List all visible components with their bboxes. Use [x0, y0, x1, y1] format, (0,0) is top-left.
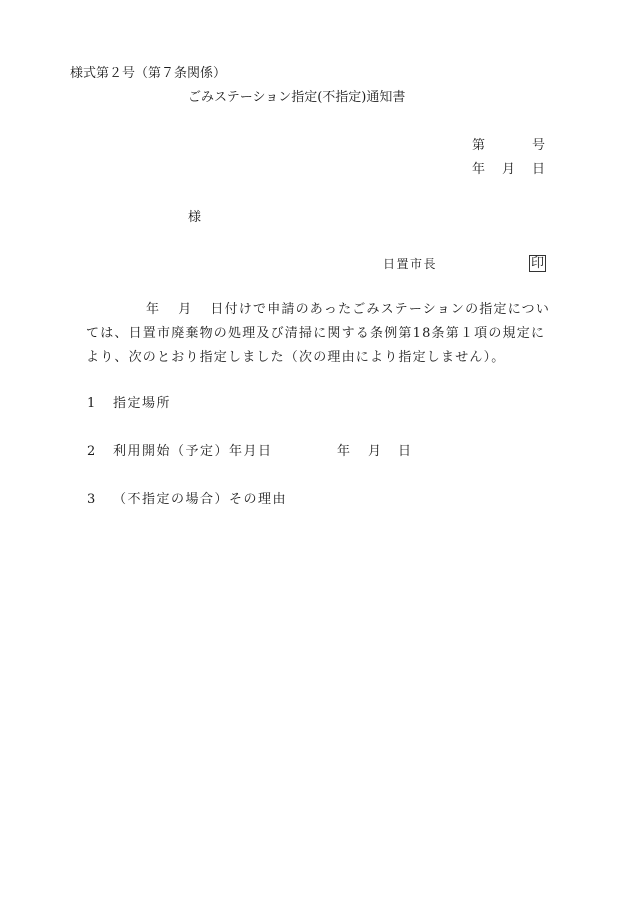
item-3-number: 3 [87, 493, 95, 506]
item-1-number: 1 [87, 397, 95, 410]
addressee-suffix: 様 [188, 211, 201, 224]
body-paragraph: 年月日付けで申請のあったごみステーションの指定につい ては、日置市廃棄物の処理及… [88, 298, 558, 370]
issuer-name: 日置市長 [383, 258, 437, 270]
paragraph-year: 年 [146, 302, 160, 317]
paragraph-line-3: より、次のとおり指定しました（次の理由により指定しません）。 [86, 346, 558, 370]
item-2-label: 利用開始（予定）年月日 [113, 445, 273, 458]
item-2-day: 日 [398, 445, 411, 458]
item-1-label: 指定場所 [113, 397, 171, 410]
form-label: 様式第２号（第７条関係） [70, 67, 226, 80]
document-title: ごみステーション指定(不指定)通知書 [188, 91, 405, 104]
number-prefix: 第 [472, 139, 485, 152]
paragraph-line-2: ては、日置市廃棄物の処理及び清掃に関する条例第18条第１項の規定に [86, 322, 558, 346]
paragraph-line-1: 年月日付けで申請のあったごみステーションの指定につい [88, 298, 558, 322]
date-day: 日 [532, 163, 545, 176]
paragraph-month: 月 [178, 302, 192, 317]
paragraph-line1-text: 日付けで申請のあったごみステーションの指定につい [210, 302, 550, 317]
issuer-seal: 印 [529, 255, 546, 272]
number-suffix: 号 [532, 139, 545, 152]
date-year: 年 [472, 163, 485, 176]
item-2-year: 年 [337, 445, 350, 458]
item-2-number: 2 [87, 445, 95, 458]
date-month: 月 [502, 163, 515, 176]
item-3-label: （不指定の場合）その理由 [113, 493, 287, 506]
item-2-month: 月 [368, 445, 381, 458]
seal-mark: 印 [529, 255, 546, 272]
